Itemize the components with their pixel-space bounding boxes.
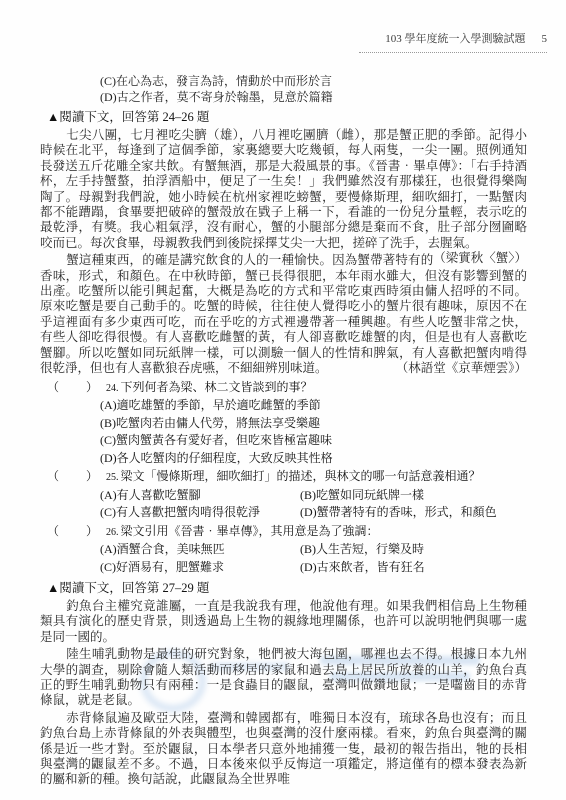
question-25-number: 25. bbox=[106, 472, 119, 483]
page-content: (C)在心為志，發言為詩，情動於中而形於言 (D)古之作者，莫不寄身於翰墨，見意… bbox=[40, 73, 527, 790]
option-24-a: (A)適吃雄蟹的季節，早於適吃雌蟹的季節 bbox=[40, 397, 527, 415]
answer-bracket-25: （ ） bbox=[47, 469, 99, 483]
question-26-stem-line: （ ）26.梁文引用《晉書‧畢卓傳》，其用意是為了強調： bbox=[40, 523, 527, 542]
question-26: （ ）26.梁文引用《晉書‧畢卓傳》，其用意是為了強調： (A)酒蟹合食，美味無… bbox=[40, 523, 527, 577]
option-26-b: (B)人生苦短，行樂及時 bbox=[300, 541, 527, 559]
passage-lin-text: 蟹這種東西，的確是講究飲食的人的一種愉快。因為蟹帶著特有的香味，形式，和顏色。在… bbox=[40, 253, 527, 375]
option-24-b: (B)吃蟹肉若由傭人代勞，將無法享受樂趣 bbox=[40, 415, 527, 433]
header-title: 103 學年度統一入學測驗試題 bbox=[385, 33, 525, 45]
option-24-c: (C)蟹肉蟹黃各有愛好者，但吃來皆極富趣味 bbox=[40, 432, 527, 450]
page-header: 103 學年度統一入學測驗試題5 bbox=[359, 33, 547, 53]
passage-diaoyutai-p2: 陸生哺乳動物是最佳的研究對象，牠們被大海包圍，哪裡也去不得。根據日本九州大學的調… bbox=[40, 647, 527, 709]
option-25-c: (C)有人喜歡把蟹肉啃得很乾淨 bbox=[100, 504, 300, 522]
passage-lin-source: （林語堂《京華煙雲》） bbox=[396, 361, 527, 376]
passage-lin: 蟹這種東西，的確是講究飲食的人的一種愉快。因為蟹帶著特有的香味，形式，和顏色。在… bbox=[40, 253, 527, 376]
question-25-options: (A)有人喜歡吃蟹腳 (B)吃蟹如同玩紙牌一樣 (C)有人喜歡把蟹肉啃得很乾淨 … bbox=[40, 487, 527, 522]
carryover-options: (C)在心為志，發言為詩，情動於中而形於言 (D)古之作者，莫不寄身於翰墨，見意… bbox=[40, 73, 527, 105]
question-26-number: 26. bbox=[106, 527, 119, 538]
page-number: 5 bbox=[542, 33, 548, 45]
question-24-options: (A)適吃雄蟹的季節，早於適吃雌蟹的季節 (B)吃蟹肉若由傭人代勞，將無法享受樂… bbox=[40, 397, 527, 467]
question-25: （ ）25.梁文「慢條斯理，細吹細打」的描述，與林文的哪一句話意義相通？ (A)… bbox=[40, 468, 527, 522]
option-26-d: (D)古來飲者，皆有狂名 bbox=[300, 559, 527, 577]
passage-diaoyutai-p1: 釣魚台主權究竟誰屬，一直是我說我有理，他說他有理。如果我們相信島上生物種類具有演… bbox=[40, 599, 527, 645]
question-25-stem: 梁文「慢條斯理，細吹細打」的描述，與林文的哪一句話意義相通？ bbox=[121, 469, 481, 483]
answer-bracket-24: （ ） bbox=[47, 380, 99, 394]
carryover-option-d: (D)古之作者，莫不寄身於翰墨，見意於篇籍 bbox=[40, 89, 527, 105]
exam-page: 103 學年度統一入學測驗試題5 (C)在心為志，發言為詩，情動於中而形於言 (… bbox=[0, 0, 566, 800]
section-heading-24-26: ▲閱讀下文，回答第 24–26 題 bbox=[47, 107, 527, 127]
passage-liang: 七尖八團，七月裡吃尖臍（雄），八月裡吃團臍（雌），那是蟹正肥的季節。記得小時候在… bbox=[40, 128, 527, 251]
question-25-stem-line: （ ）25.梁文「慢條斯理，細吹細打」的描述，與林文的哪一句話意義相通？ bbox=[40, 468, 527, 487]
option-25-b: (B)吃蟹如同玩紙牌一樣 bbox=[300, 487, 527, 505]
passage-diaoyutai-p3: 赤背條鼠遍及歐亞大陸，臺灣和韓國都有，唯獨日本沒有，琉球各島也沒有；而且釣魚台島… bbox=[40, 711, 527, 788]
option-26-c: (C)好酒易有，肥蟹難求 bbox=[100, 559, 300, 577]
option-25-d: (D)蟹帶著特有的香味，形式，和顏色 bbox=[300, 504, 527, 522]
section-heading-27-29: ▲閱讀下文，回答第 27–29 題 bbox=[47, 578, 527, 598]
question-24-number: 24. bbox=[106, 383, 119, 394]
question-24-stem-line: （ ）24.下列何者為梁、林二文皆談到的事？ bbox=[40, 379, 527, 398]
question-24-stem: 下列何者為梁、林二文皆談到的事？ bbox=[121, 380, 313, 394]
question-26-options: (A)酒蟹合食，美味無匹 (B)人生苦短，行樂及時 (C)好酒易有，肥蟹難求 (… bbox=[40, 541, 527, 576]
option-24-d: (D)各人吃蟹肉的仔細程度，大致反映其性格 bbox=[40, 450, 527, 468]
question-26-stem: 梁文引用《晉書‧畢卓傳》，其用意是為了強調： bbox=[121, 524, 379, 538]
passage-liang-source: （梁實秋〈蟹〉） bbox=[433, 251, 527, 266]
answer-bracket-26: （ ） bbox=[47, 524, 99, 538]
question-24: （ ）24.下列何者為梁、林二文皆談到的事？ (A)適吃雄蟹的季節，早於適吃雌蟹… bbox=[40, 379, 527, 468]
option-25-a: (A)有人喜歡吃蟹腳 bbox=[100, 487, 300, 505]
passage-liang-text: 七尖八團，七月裡吃尖臍（雄），八月裡吃團臍（雌），那是蟹正肥的季節。記得小時候在… bbox=[40, 128, 527, 250]
reading-section-27-29: ▲閱讀下文，回答第 27–29 題 釣魚台主權究竟誰屬，一直是我說我有理，他說他… bbox=[40, 578, 527, 788]
carryover-option-c: (C)在心為志，發言為詩，情動於中而形於言 bbox=[40, 73, 527, 89]
option-26-a: (A)酒蟹合食，美味無匹 bbox=[100, 541, 300, 559]
